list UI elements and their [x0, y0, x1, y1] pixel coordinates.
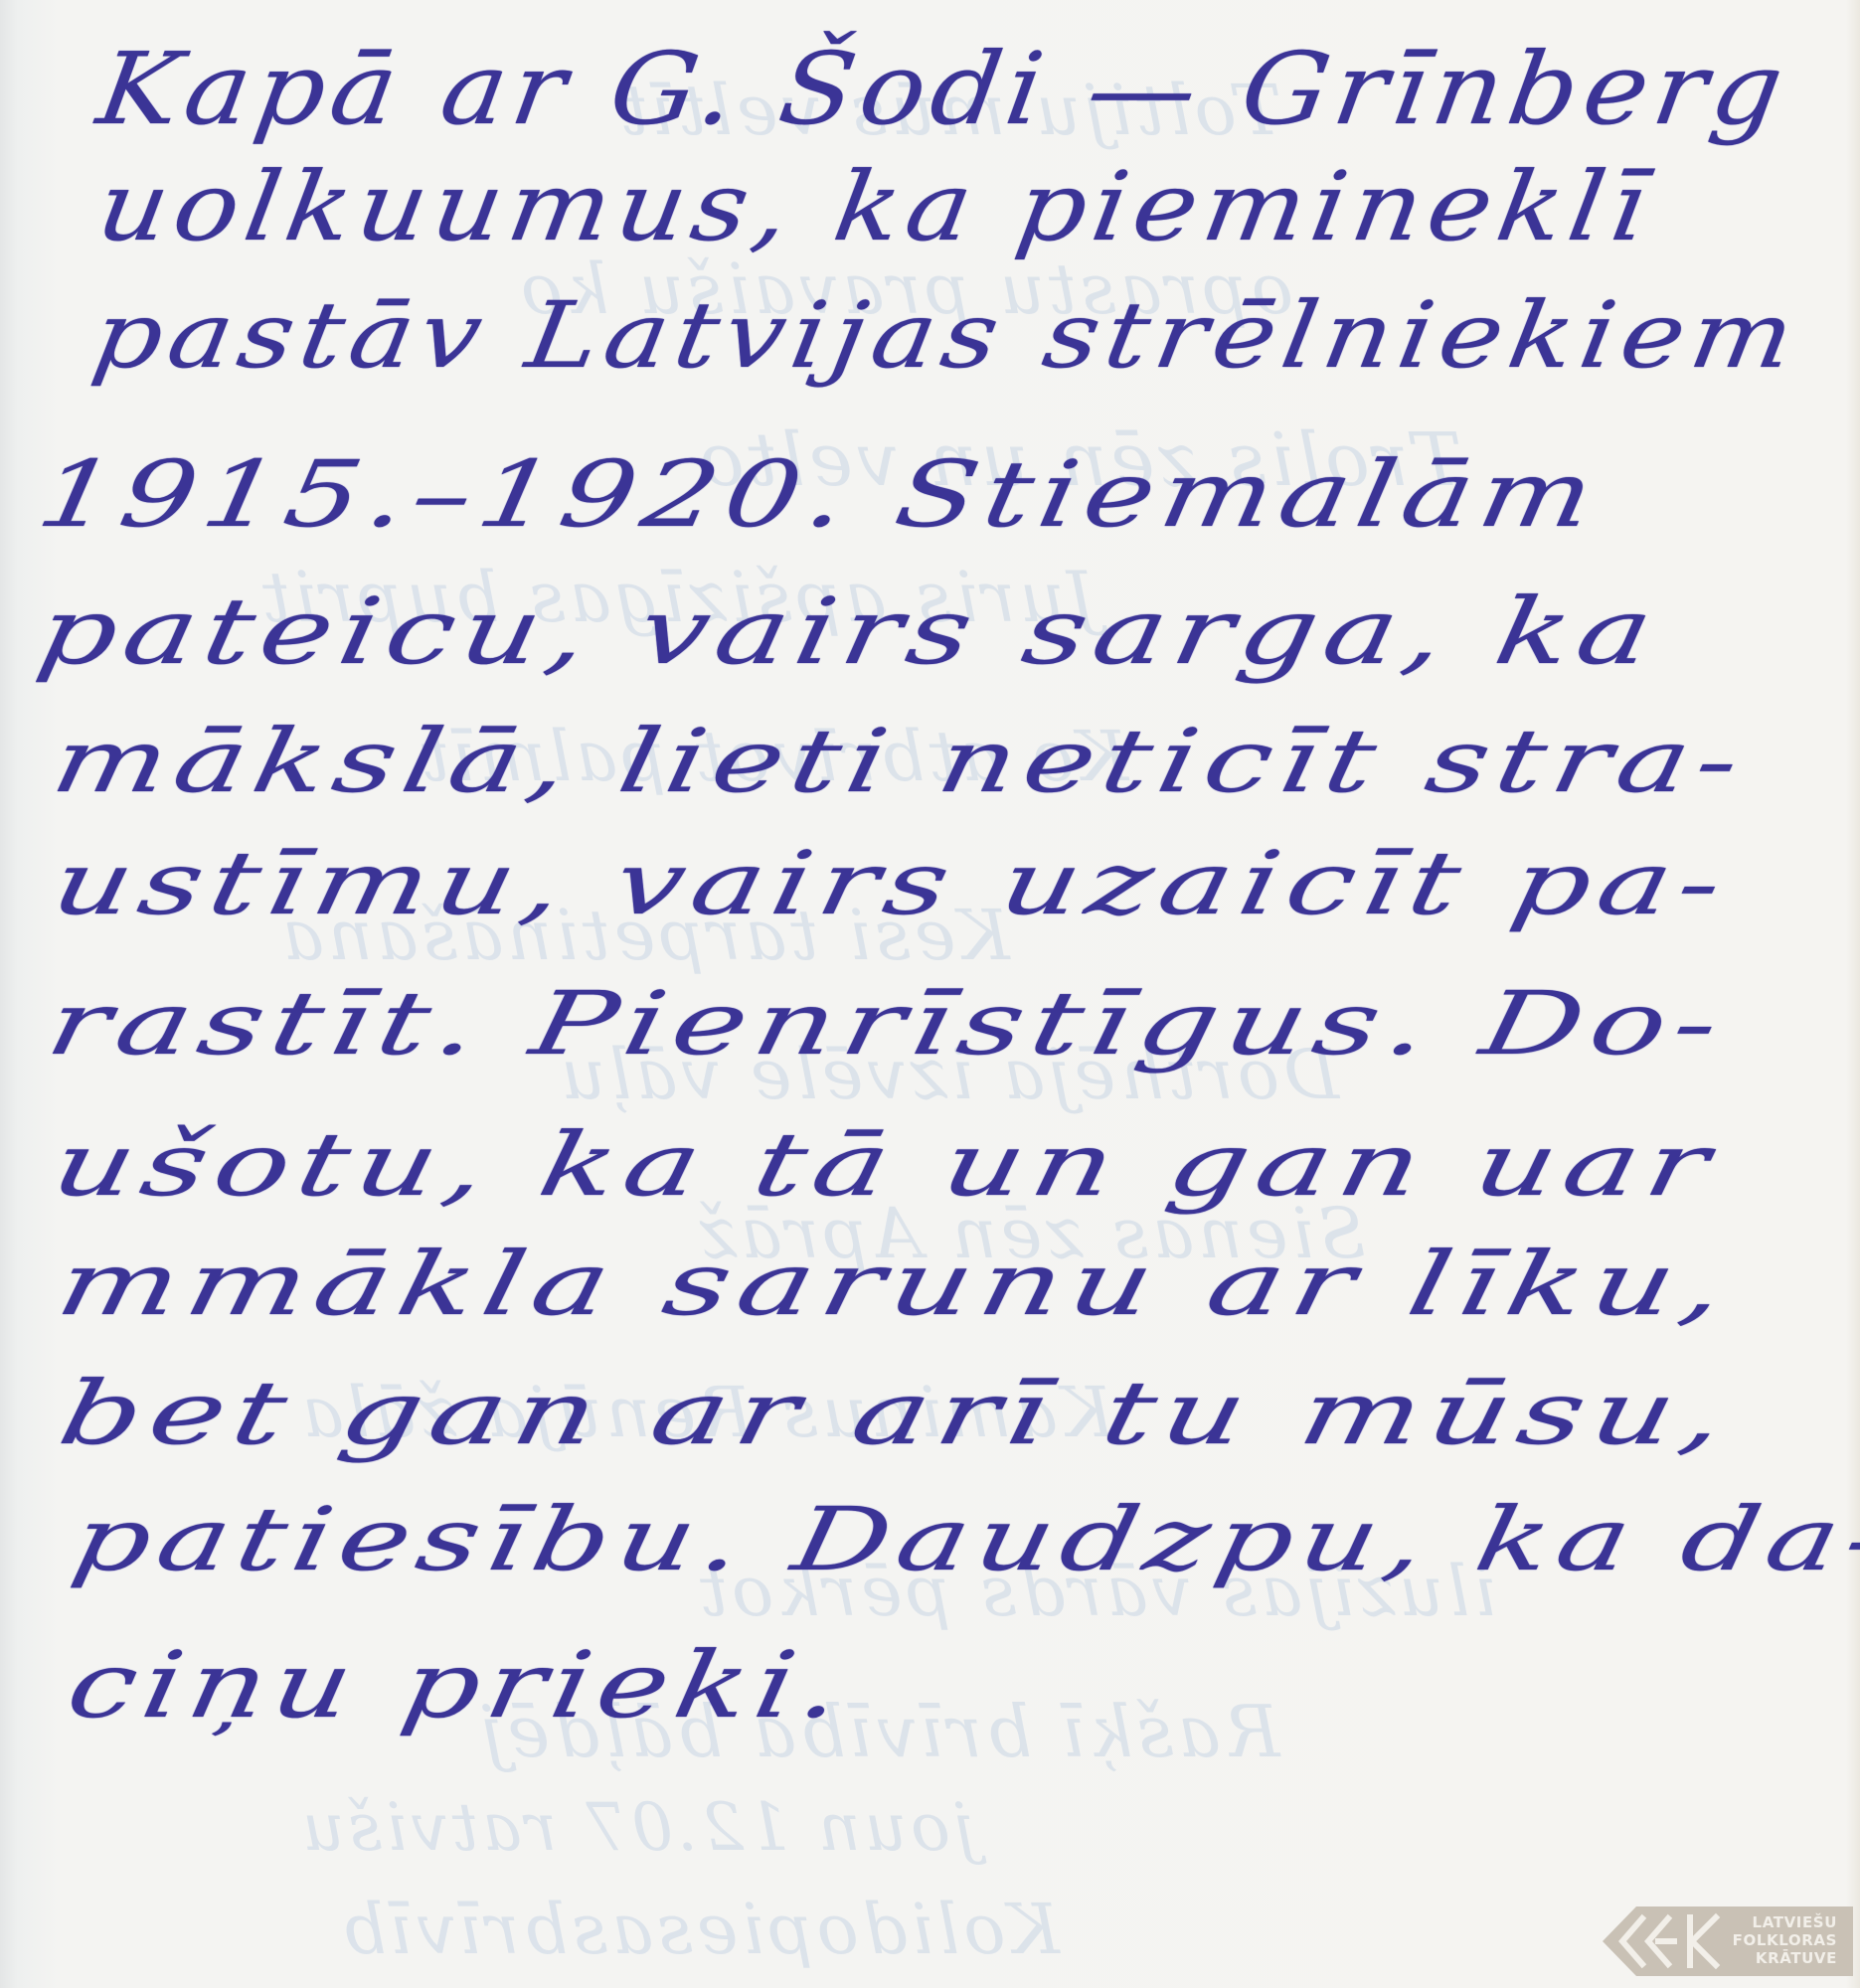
handwritten-line: rastīt. Pienrīstīgus. Do- [41, 980, 1734, 1068]
logo-line-2: FOLKLORAS [1733, 1931, 1837, 1949]
handwritten-line: mmākla sarunu ar līku, [51, 1241, 1740, 1328]
logo-line-3: KRĀTUVE [1756, 1949, 1837, 1967]
handwritten-line: Kapā ar G. Šodi — Grīnberg [91, 40, 1794, 139]
handwritten-line: pateicu, vairs sarga, ka [31, 586, 1666, 678]
manuscript-page: Toltiju mūs veltītoprastu pravaišu koTro… [0, 0, 1860, 1988]
handwritten-line: mākslā, lieti neticīt stra- [47, 718, 1755, 805]
logo-line-1: LATVIEŠU [1753, 1913, 1837, 1931]
handwritten-line: pastāv Latvijas strēlniekiem [87, 290, 1807, 382]
handwritten-line: ušotu, ka tā un gan uar [46, 1121, 1724, 1209]
archive-watermark-logo: LATVIEŠU FOLKLORAS KRĀTUVE [1603, 1906, 1853, 1976]
handwritten-line: patiesību. Daudzpu, ka da- [67, 1496, 1860, 1583]
handwritten-line: bet gan ar arī tu mūsu, [53, 1370, 1740, 1457]
handwritten-line: uolkuumus, ka piemineklī [91, 159, 1659, 254]
logo-wordmark: LATVIEŠU FOLKLORAS KRĀTUVE [1738, 1913, 1837, 1967]
handwritten-line: 1915.–1920. Stiemalām [32, 449, 1607, 541]
handwritten-line: ciņu prieki. [62, 1640, 856, 1732]
lfk-chevron-mark-icon [1612, 1912, 1730, 1970]
handwritten-text-block: Kapā ar G. Šodi — Grīnberg uolkuumus, ka… [0, 0, 1860, 1988]
handwritten-line: ustīmu, vairs uzaicīt pa- [46, 840, 1737, 927]
